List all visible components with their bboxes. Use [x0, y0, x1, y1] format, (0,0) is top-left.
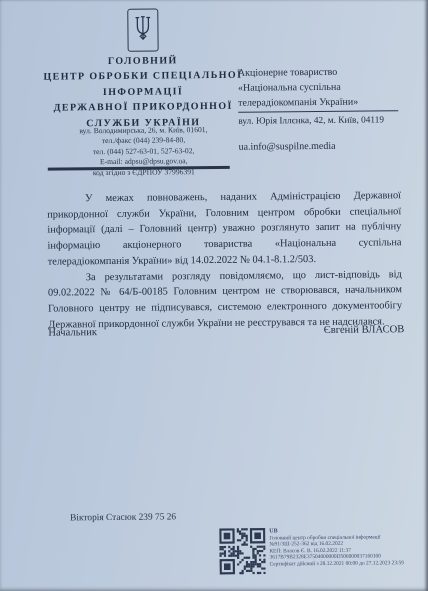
recipient-block: Акціонерне товариство «Національна суспі…	[238, 64, 417, 153]
letter-body: У межах повноважень, наданих Адміністрац…	[47, 188, 402, 333]
recipient-line: телерадіокомпанія України»	[238, 94, 398, 113]
stamp-text-block: UB Головний центр обробки спеціальної ін…	[269, 526, 404, 574]
recipient-address: вул. Юрія Іллєнка, 42, м. Київ, 04119	[238, 113, 416, 129]
scanned-letter-page: ГОЛОВНИЙ ЦЕНТР ОБРОБКИ СПЕЦІАЛЬНОЇ ІНФОР…	[0, 0, 428, 591]
sender-contact-block: вул. Володимирська, 26, м. Київ, 01601, …	[20, 124, 266, 178]
recipient-email: ua.info@suspilne.media	[239, 140, 417, 153]
stamp-certificate-validity: Сертифікат дійсний з 28.12.2021 00:00 до…	[270, 560, 404, 568]
electronic-signature-stamp: UB Головний центр обробки спеціальної ін…	[219, 526, 425, 575]
qr-code	[219, 528, 265, 575]
recipient-line: Акціонерне товариство	[238, 64, 416, 81]
executor-contact: Вікторія Стасюк 239 75 26	[70, 512, 176, 523]
trident-emblem-icon	[134, 14, 151, 46]
coat-of-arms-frame	[127, 9, 158, 52]
sender-name-line: ЦЕНТР ОБРОБКИ СПЕЦІАЛЬНОЇ	[20, 68, 266, 86]
sender-organization-name: ГОЛОВНИЙ ЦЕНТР ОБРОБКИ СПЕЦІАЛЬНОЇ ІНФОР…	[20, 52, 267, 131]
signature-row: Начальник Євгеній ВЛАСОВ	[48, 324, 404, 338]
signer-position: Начальник	[48, 327, 97, 338]
body-paragraph-2: За результатами розгляду повідомляємо, щ…	[48, 267, 403, 333]
signer-name: Євгеній ВЛАСОВ	[324, 324, 405, 336]
recipient-line: «Національна суспільна	[238, 79, 416, 96]
scan-tilt-wrapper: ГОЛОВНИЙ ЦЕНТР ОБРОБКИ СПЕЦІАЛЬНОЇ ІНФОР…	[0, 0, 428, 591]
sender-name-line: ДЕРЖАВНОЇ ПРИКОРДОННОЇ	[20, 99, 266, 117]
body-paragraph-1: У межах повноважень, наданих Адміністрац…	[47, 188, 402, 270]
